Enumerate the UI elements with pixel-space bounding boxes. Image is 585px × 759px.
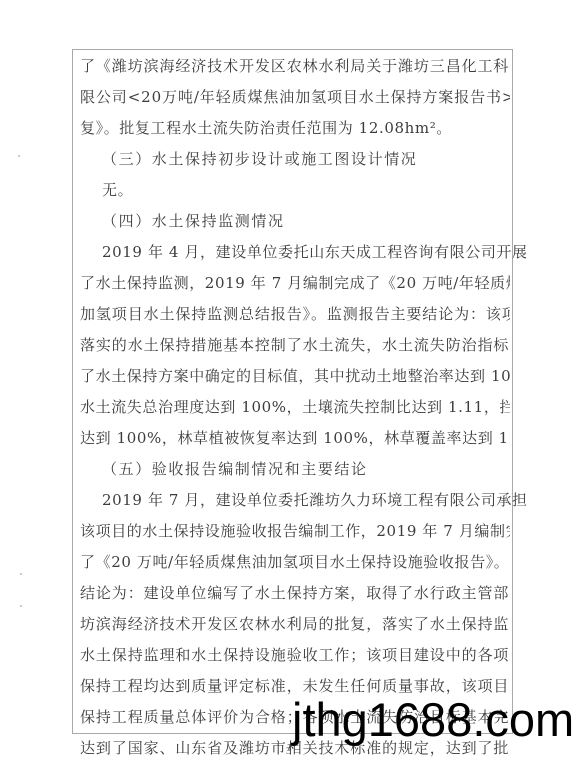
text-line: 限公司<20万吨/年轻质煤焦油加氢项目水土保持方案报告书>的批	[80, 81, 510, 113]
text-line: 落实的水土保持措施基本控制了水土流失，水土流失防治指标达到	[80, 329, 510, 361]
text-line: （四）水土保持监测情况	[102, 205, 532, 237]
text-line: 达到 100%，林草植被恢复率达到 100%，林草覆盖率达到 12.8%。	[80, 422, 510, 454]
text-line: 水土流失总治理度达到 100%，土壤流失控制比达到 1.11，拦渣率	[80, 391, 510, 423]
text-line: 水土保持监理和水土保持设施验收工作；该项目建设中的各项水土	[80, 639, 510, 671]
scan-speck	[20, 605, 22, 607]
text-line: 复》。批复工程水土流失防治责任范围为 12.08hm²。	[80, 112, 510, 144]
text-line: 2019 年 4 月，建设单位委托山东天成工程咨询有限公司开展	[102, 236, 532, 268]
text-line: （五）验收报告编制情况和主要结论	[102, 453, 532, 485]
scan-speck	[20, 573, 22, 575]
scan-speck	[18, 155, 20, 157]
text-line: 无。	[102, 174, 532, 206]
text-line: 结论为：建设单位编写了水土保持方案，取得了水行政主管部门潍	[80, 577, 510, 609]
text-line: 该项目的水土保持设施验收报告编制工作，2019 年 7 月编制完成	[80, 515, 510, 547]
page-number: 3	[286, 745, 292, 757]
text-line: 了《20 万吨/年轻质煤焦油加氢项目水土保持设施验收报告》。主要	[80, 546, 510, 578]
text-line: 了水土保持监测，2019 年 7 月编制完成了《20 万吨/年轻质煤焦油	[80, 267, 510, 299]
text-line: 坊滨海经济技术开发区农林水利局的批复，落实了水土保持监测、	[80, 608, 510, 640]
text-line: 了《潍坊滨海经济技术开发区农林水利局关于潍坊三昌化工科技有	[80, 50, 510, 82]
watermark: jthg1688.com	[292, 696, 574, 743]
text-line: 2019 年 7 月，建设单位委托潍坊久力环境工程有限公司承担	[102, 484, 532, 516]
text-line: （三）水土保持初步设计或施工图设计情况	[102, 143, 532, 175]
text-line: 了水土保持方案中确定的目标值，其中扰动土地整治率达到 100%，	[80, 360, 510, 392]
text-line: 加氢项目水土保持监测总结报告》。监测报告主要结论为：该项目	[80, 298, 510, 330]
